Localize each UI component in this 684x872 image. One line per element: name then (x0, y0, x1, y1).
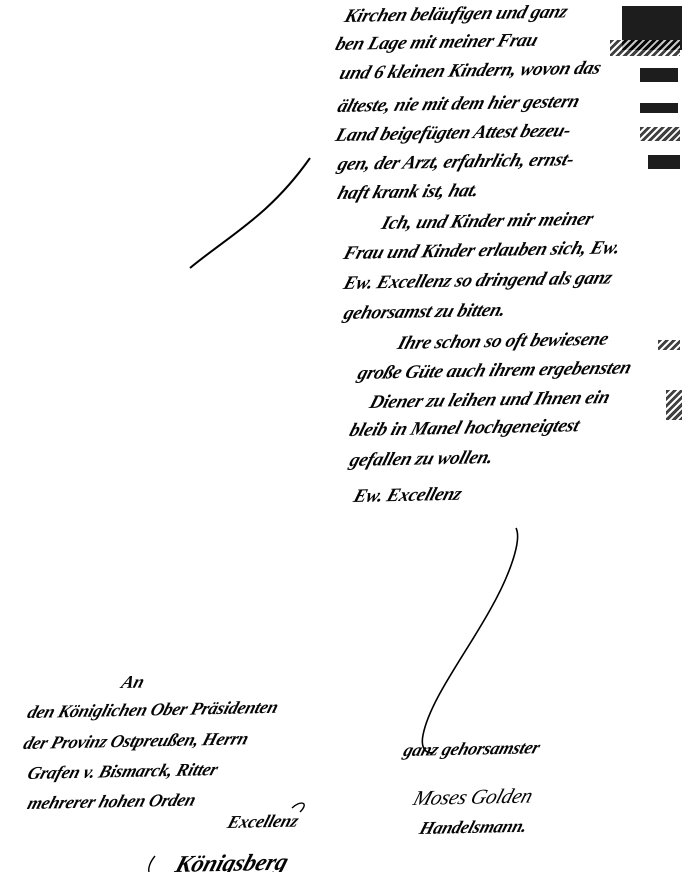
long-curve-stroke (422, 528, 517, 753)
scan-smudge (610, 40, 680, 56)
signature-title: Handelsmann. (417, 816, 530, 839)
body-line: gehorsamst zu bitten. (341, 300, 509, 325)
body-line: gefallen zu wollen. (347, 447, 496, 472)
margin-slash-stroke (190, 158, 310, 268)
body-line: Ich, und Kinder mir meiner (379, 209, 596, 235)
body-line: ben Lage mit meiner Frau (333, 30, 541, 56)
signature-name: Moses Golden (410, 784, 536, 811)
scan-smudge (640, 103, 678, 113)
body-line: Ihre schon so oft bewiesene (395, 329, 611, 355)
scan-smudge (666, 390, 682, 420)
address-city: Königsberg (172, 850, 291, 872)
scan-smudge (640, 127, 680, 141)
scan-smudge (640, 68, 678, 82)
address-line: Excellenz (225, 811, 301, 833)
scan-smudge (658, 340, 680, 350)
address-line: Grafen v. Bismarck, Ritter (25, 759, 221, 784)
body-line: haft krank ist, hat. (335, 180, 482, 205)
address-line: mehrerer hohen Orden (25, 790, 199, 814)
small-curve-stroke (149, 856, 155, 872)
signature-line: ganz gehorsamster (401, 737, 543, 761)
scan-smudge (648, 155, 680, 169)
document-page: Kirchen beläufigen und ganz ben Lage mit… (0, 0, 684, 872)
closing-line: Ew. Excellenz (351, 484, 465, 508)
